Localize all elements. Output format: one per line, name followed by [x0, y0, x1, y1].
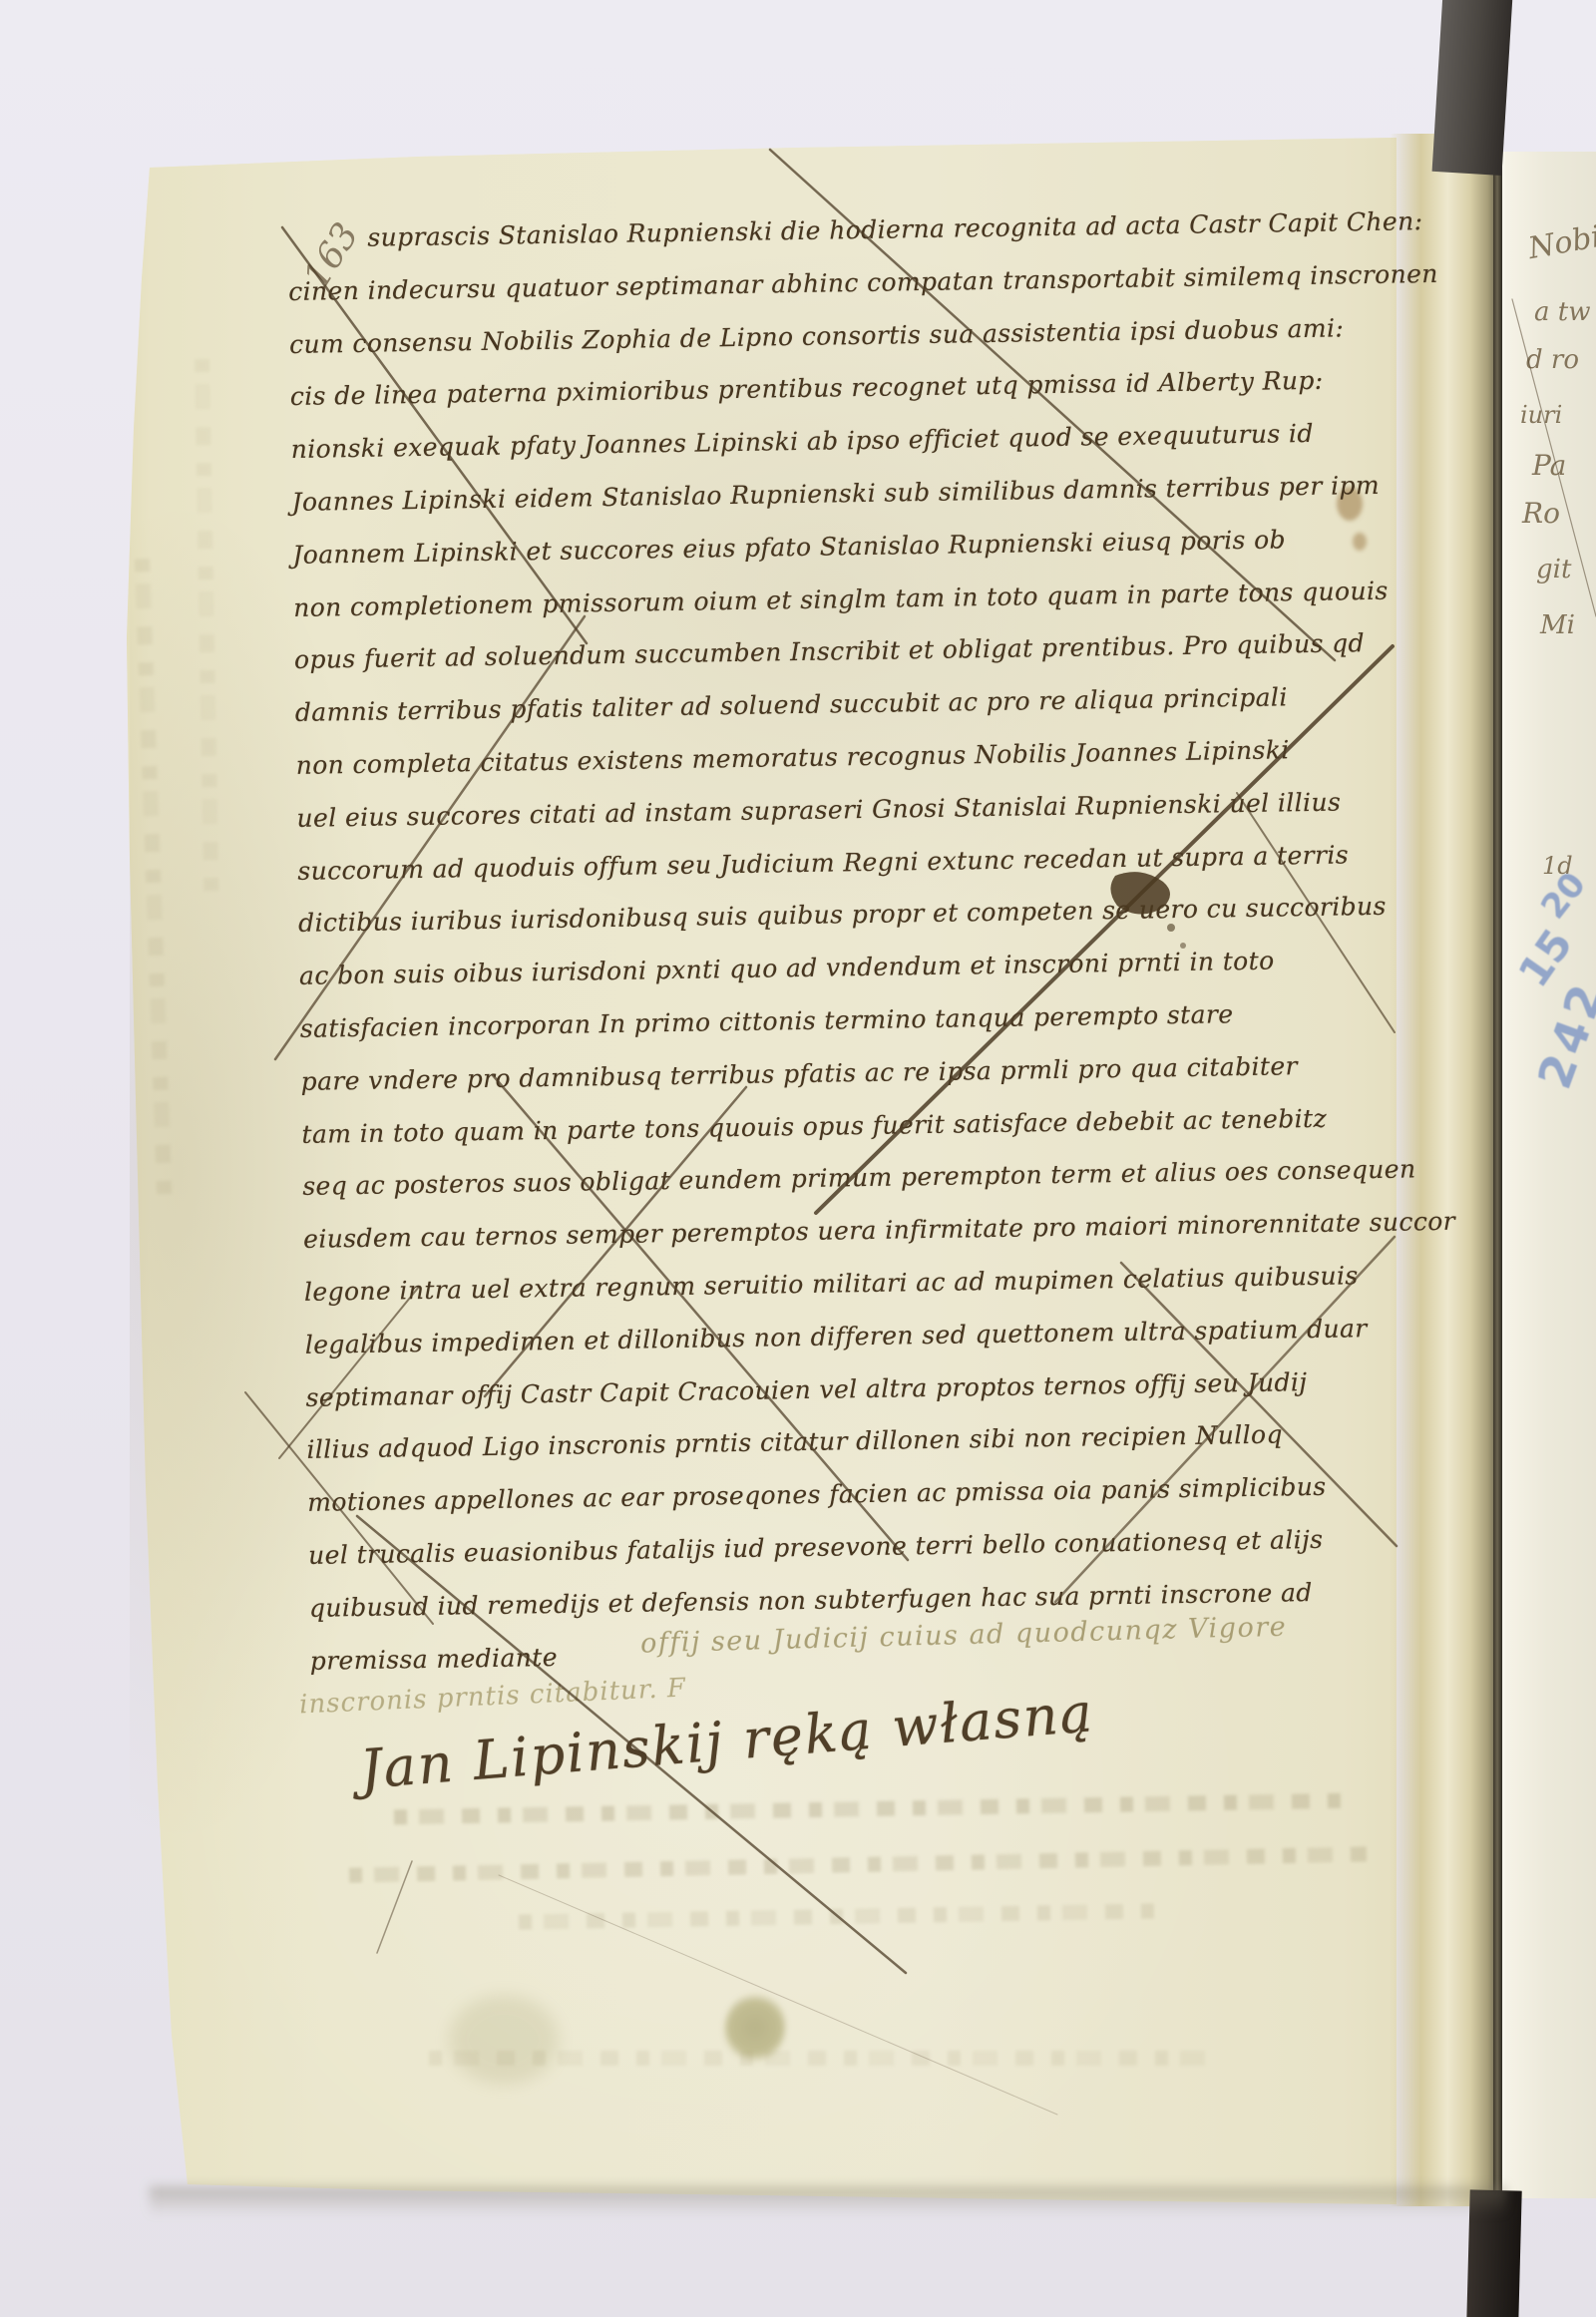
facing-page-text-fragment: Ro: [1522, 497, 1560, 530]
facing-page-text-fragment: a tw: [1534, 297, 1590, 327]
facing-page-text-fragment: d ro: [1526, 345, 1579, 375]
facing-page-text-fragment: Pa: [1532, 449, 1566, 482]
page-bottom-shadow: [150, 2186, 1506, 2216]
facing-page-text-fragment: Mi: [1540, 610, 1575, 640]
facing-page-text-fragment: iuri: [1520, 401, 1562, 429]
faint-stain: [449, 1995, 559, 2085]
manuscript-photo: 163 suprascis Stanislao Rupnienski die h…: [0, 0, 1596, 2317]
facing-page-text-fragment: git: [1536, 555, 1571, 584]
binding-cord: [1493, 130, 1502, 2214]
text-block: suprascis Stanislao Rupnienski die hodie…: [287, 196, 1417, 1689]
book-cradle-strap-top: [1432, 0, 1513, 176]
